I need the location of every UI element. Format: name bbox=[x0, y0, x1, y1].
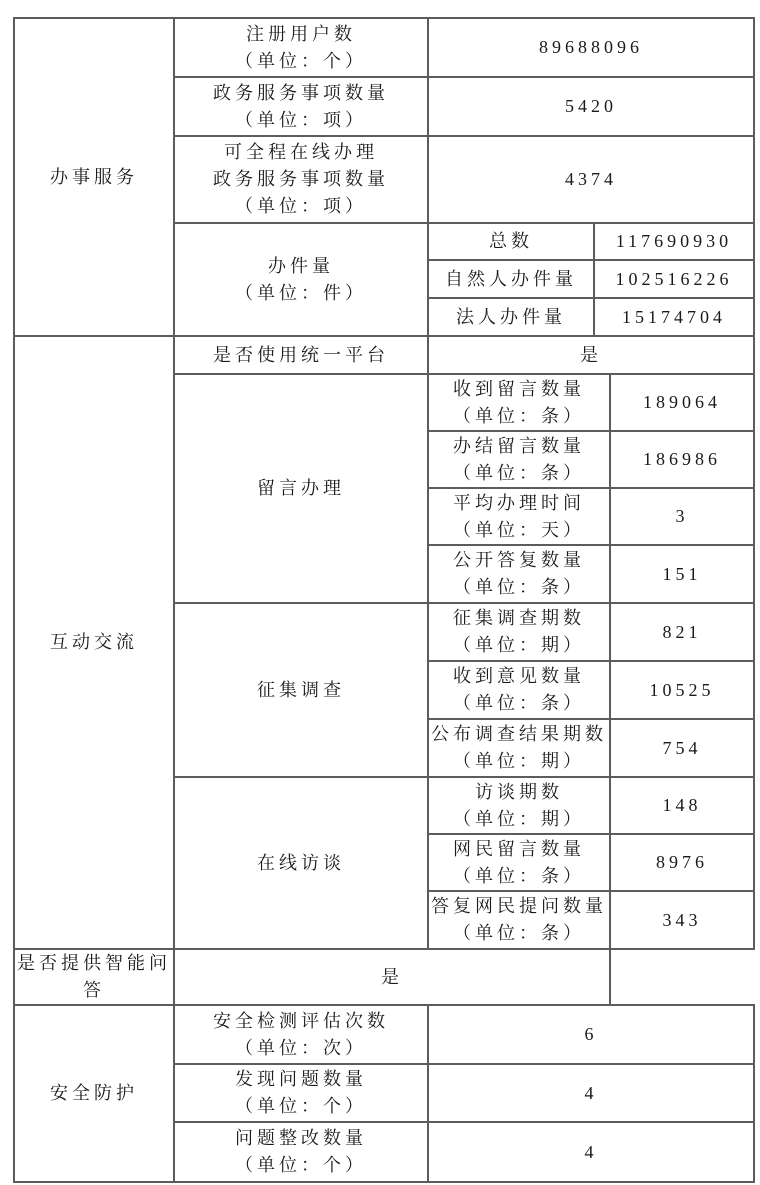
value-cell-problems-fixed: 4 bbox=[428, 1122, 754, 1182]
value-cell-interview-periods: 148 bbox=[610, 777, 754, 834]
metric-unit: （单位：期） bbox=[431, 806, 607, 833]
metric-unit: （单位：条） bbox=[431, 690, 607, 717]
value-cell-unified-platform: 是 bbox=[428, 336, 754, 374]
metric-label: 发现问题数量 bbox=[177, 1066, 425, 1093]
label-cell-interviews: 在线访谈 bbox=[174, 777, 428, 949]
sublabel-cell-cases-natural: 自然人办件量 bbox=[428, 260, 594, 298]
metric-unit: （单位：个） bbox=[177, 1093, 425, 1120]
label-cell-message-handling: 留言办理 bbox=[174, 374, 428, 603]
value-cell-survey-opinions: 10525 bbox=[610, 661, 754, 719]
annual-report-page: 办事服务 注册用户数 （单位：个） 89688096 政务服务事项数量 （单位：… bbox=[0, 0, 760, 1185]
value-cell-msg-public-replies: 151 bbox=[610, 545, 754, 603]
sublabel-cell-interview-answers: 答复网民提问数量 （单位：条） bbox=[428, 891, 610, 949]
section-title-interaction: 互动交流 bbox=[14, 336, 174, 949]
metric-label: 政务服务事项数量 bbox=[177, 166, 425, 193]
label-cell-problems-found: 发现问题数量 （单位：个） bbox=[174, 1064, 428, 1122]
metric-label: 网民留言数量 bbox=[431, 836, 607, 863]
metric-unit: （单位：项） bbox=[177, 193, 425, 220]
sublabel-cell-msg-avg-time: 平均办理时间 （单位：天） bbox=[428, 488, 610, 545]
metric-label: 公布调查结果期数 bbox=[431, 721, 607, 748]
sublabel-cell-msg-completed: 办结留言数量 （单位：条） bbox=[428, 431, 610, 488]
metric-unit: （单位：项） bbox=[177, 107, 425, 134]
value-cell-survey-results: 754 bbox=[610, 719, 754, 777]
label-cell-service-items: 政务服务事项数量 （单位：项） bbox=[174, 77, 428, 136]
value-cell-msg-received: 189064 bbox=[610, 374, 754, 431]
sublabel-cell-interview-periods: 访谈期数 （单位：期） bbox=[428, 777, 610, 834]
sublabel-cell-msg-public-replies: 公开答复数量 （单位：条） bbox=[428, 545, 610, 603]
sublabel-cell-cases-legal: 法人办件量 bbox=[428, 298, 594, 336]
metric-unit: （单位：件） bbox=[177, 280, 425, 307]
value-cell-cases-total: 117690930 bbox=[594, 223, 754, 260]
metric-label: 收到留言数量 bbox=[431, 376, 607, 403]
metric-label: 收到意见数量 bbox=[431, 663, 607, 690]
metric-label: 平均办理时间 bbox=[431, 490, 607, 517]
metric-unit: （单位：期） bbox=[431, 748, 607, 775]
metric-label: 可全程在线办理 bbox=[177, 139, 425, 166]
metric-label: 政务服务事项数量 bbox=[177, 80, 425, 107]
sublabel-cell-msg-received: 收到留言数量 （单位：条） bbox=[428, 374, 610, 431]
metric-label: 注册用户数 bbox=[177, 21, 425, 48]
metric-unit: （单位：条） bbox=[431, 863, 607, 890]
metric-label: 办结留言数量 bbox=[431, 433, 607, 460]
value-cell-interview-answers: 343 bbox=[610, 891, 754, 949]
value-cell-online-items: 4374 bbox=[428, 136, 754, 223]
section-title-security: 安全防护 bbox=[14, 1005, 174, 1182]
value-cell-cases-natural: 102516226 bbox=[594, 260, 754, 298]
label-cell-unified-platform: 是否使用统一平台 bbox=[174, 336, 428, 374]
sublabel-cell-interview-messages: 网民留言数量 （单位：条） bbox=[428, 834, 610, 891]
metric-unit: （单位：条） bbox=[431, 920, 607, 947]
label-cell-cases: 办件量 （单位：件） bbox=[174, 223, 428, 336]
metric-unit: （单位：次） bbox=[177, 1035, 425, 1062]
label-cell-registered-users: 注册用户数 （单位：个） bbox=[174, 18, 428, 77]
metric-label: 访谈期数 bbox=[431, 779, 607, 806]
label-cell-problems-fixed: 问题整改数量 （单位：个） bbox=[174, 1122, 428, 1182]
value-cell-registered-users: 89688096 bbox=[428, 18, 754, 77]
label-cell-online-items: 可全程在线办理 政务服务事项数量 （单位：项） bbox=[174, 136, 428, 223]
value-cell-smart-qa: 是 bbox=[174, 949, 610, 1005]
label-cell-assessments: 安全检测评估次数 （单位：次） bbox=[174, 1005, 428, 1064]
label-cell-smart-qa: 是否提供智能问答 bbox=[14, 949, 174, 1005]
metric-label: 征集调查期数 bbox=[431, 605, 607, 632]
value-cell-service-items: 5420 bbox=[428, 77, 754, 136]
sublabel-cell-survey-results: 公布调查结果期数 （单位：期） bbox=[428, 719, 610, 777]
annual-report-table: 办事服务 注册用户数 （单位：个） 89688096 政务服务事项数量 （单位：… bbox=[13, 17, 755, 1183]
metric-label: 公开答复数量 bbox=[431, 547, 607, 574]
value-cell-problems-found: 4 bbox=[428, 1064, 754, 1122]
sublabel-cell-cases-total: 总数 bbox=[428, 223, 594, 260]
metric-label: 问题整改数量 bbox=[177, 1125, 425, 1152]
sublabel-cell-survey-opinions: 收到意见数量 （单位：条） bbox=[428, 661, 610, 719]
value-cell-msg-completed: 186986 bbox=[610, 431, 754, 488]
value-cell-msg-avg-time: 3 bbox=[610, 488, 754, 545]
value-cell-assessments: 6 bbox=[428, 1005, 754, 1064]
metric-unit: （单位：条） bbox=[431, 403, 607, 430]
metric-label: 答复网民提问数量 bbox=[431, 893, 607, 920]
value-cell-cases-legal: 15174704 bbox=[594, 298, 754, 336]
metric-unit: （单位：条） bbox=[431, 460, 607, 487]
sublabel-cell-survey-periods: 征集调查期数 （单位：期） bbox=[428, 603, 610, 661]
metric-unit: （单位：天） bbox=[431, 517, 607, 544]
metric-unit: （单位：条） bbox=[431, 574, 607, 601]
metric-unit: （单位：个） bbox=[177, 1152, 425, 1179]
section-title-service: 办事服务 bbox=[14, 18, 174, 336]
metric-unit: （单位：个） bbox=[177, 48, 425, 75]
value-cell-survey-periods: 821 bbox=[610, 603, 754, 661]
metric-unit: （单位：期） bbox=[431, 632, 607, 659]
label-cell-surveys: 征集调查 bbox=[174, 603, 428, 777]
metric-label: 安全检测评估次数 bbox=[177, 1008, 425, 1035]
metric-label: 办件量 bbox=[177, 253, 425, 280]
value-cell-interview-messages: 8976 bbox=[610, 834, 754, 891]
